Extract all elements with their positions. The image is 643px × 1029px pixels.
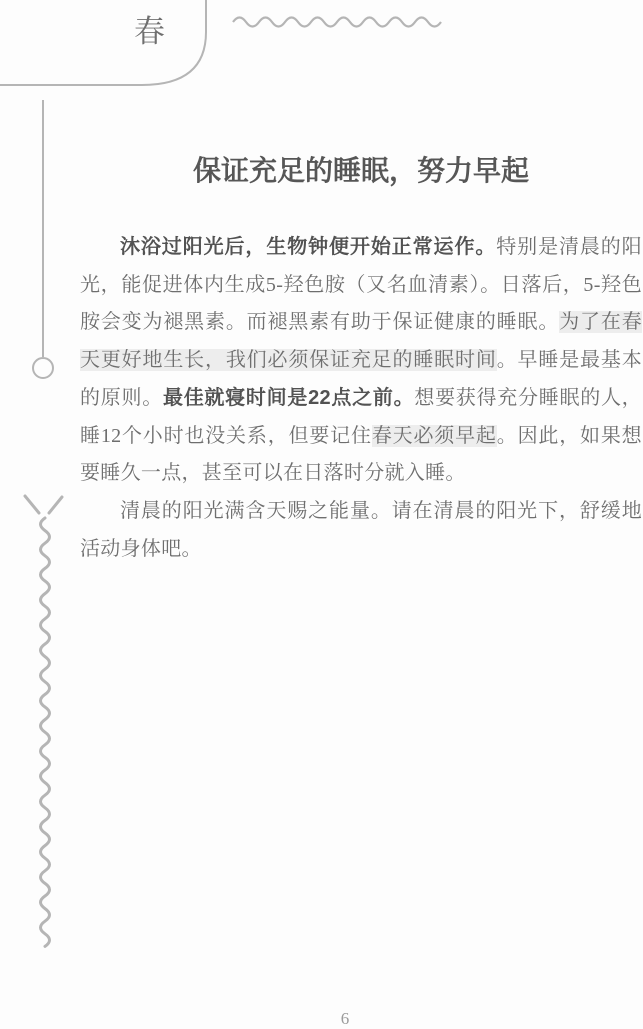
body-paragraph: 沐浴过阳光后，生物钟便开始正常运作。特别是清晨的阳光，能促进体内生成5-羟色胺（… — [80, 229, 642, 493]
chapter-title: 保证充足的睡眠，努力早起 — [80, 152, 642, 190]
article: 保证充足的睡眠，努力早起 沐浴过阳光后，生物钟便开始正常运作。特别是清晨的阳光，… — [80, 152, 642, 568]
page-number: 6 — [0, 1010, 643, 1027]
body-text-segment: 清晨的阳光满含天赐之能量。请在清晨的阳光下，舒缓地活动身体吧。 — [80, 500, 642, 560]
plumb-line-ornament — [30, 96, 58, 392]
season-tab-border — [0, 0, 212, 90]
body-paragraph: 清晨的阳光满含天赐之能量。请在清晨的阳光下，舒缓地活动身体吧。 — [80, 493, 642, 568]
season-tab-label: 春 — [134, 16, 165, 47]
emphasis-bold-segment: 最佳就寝时间是22点之前。 — [163, 387, 414, 409]
highlight-segment: 春天必须早起 — [372, 425, 497, 447]
horizontal-wavy-line — [232, 13, 444, 31]
vertical-wavy-line-ornament — [18, 488, 74, 978]
book-page: { "header": { "season_tab_label": "春" },… — [0, 0, 643, 1029]
emphasis-bold-segment: 沐浴过阳光后，生物钟便开始正常运作。 — [120, 236, 496, 258]
